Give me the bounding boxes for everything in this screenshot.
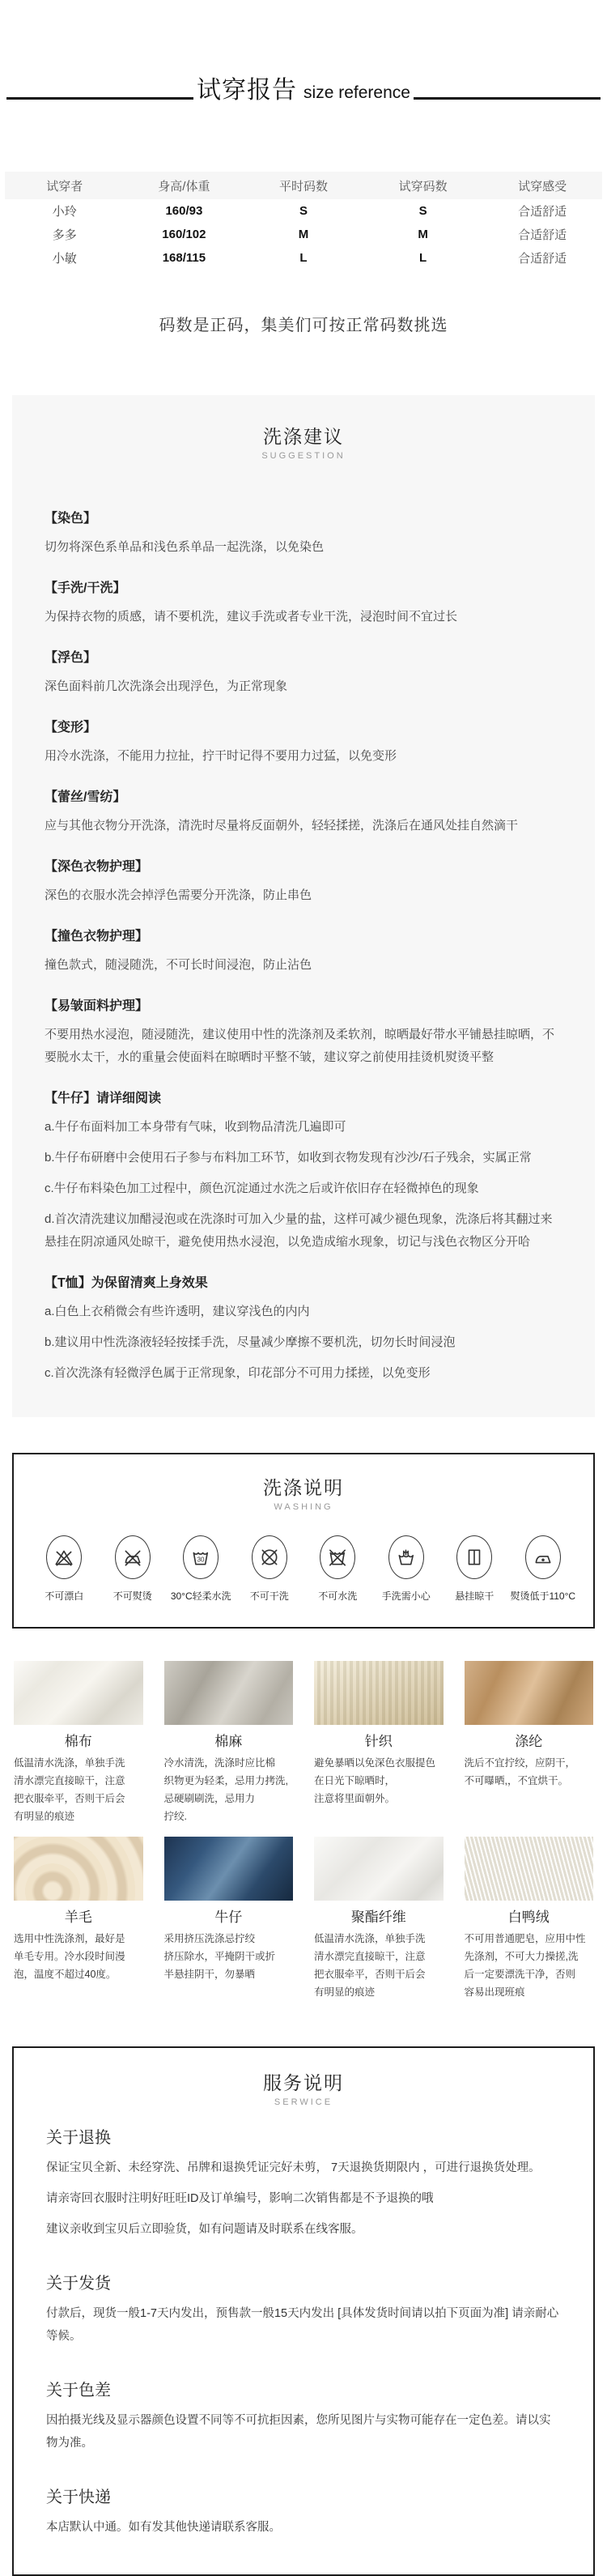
washing-suggestion-box: 洗涤建议 SUGGESTION 【染色】 切勿将深色系单品和浅色系单品一起洗涤，… [12,395,595,1417]
svg-text:30: 30 [197,1556,206,1563]
service-box: 服务说明 SERWICE 关于退换 保证宝贝全新、未经穿洗、吊牌和退换凭证完好未… [12,2046,595,2576]
fabric-care-line: 不可曝晒,，不宜烘干。 [465,1772,594,1790]
washing-symbol-label: 不可熨烫 [113,1589,152,1603]
care-section-text: 撞色款式，随浸随洗，不可长时间浸泡，防止沾色 [45,954,562,977]
washing-symbol-label: 不可干洗 [250,1589,289,1603]
fit-feeling: 合适舒适 [482,249,602,266]
washing-symbol: 手洗需小心 [372,1535,441,1603]
no-iron-icon [115,1535,151,1579]
fabric-care-line: 有明显的痕迹 [314,1983,444,2001]
usual-size: M [244,228,363,241]
care-section-denim: 【牛仔】请详细阅读 a.牛仔布面料加工本身带有气味，收到物品清洗几遍即可 b.牛… [45,1090,562,1254]
fabric-care-grid: 棉布 低温清水洗涤，单独手洗 清水漂完直接晾干，注意 把衣服牵平，否则干后会 有… [14,1661,593,2001]
fabric-care-line: 先涤剂，不可大力操搓,洗 [465,1948,594,1965]
fabric-care-line: 洗后不宜拧绞，应阴干， [465,1754,594,1772]
service-section-shipping: 关于发货 付款后，现货一般1-7天内发出，预售款一般15天内发出 [具体发货时间… [46,2273,561,2348]
care-section-head: 【浮色】 [45,649,562,667]
care-section-text: 不要用热水浸泡，随浸随洗，建议使用中性的洗涤剂及柔软剂，晾晒最好带水平铺悬挂晾晒… [45,1024,562,1069]
fabric-care-line: 容易出现班痕 [465,1983,594,2001]
care-section-head: 【T恤】为保留清爽上身效果 [45,1275,562,1292]
care-section-handwash: 【手洗/干洗】 为保持衣物的质感，请不要机洗，建议手洗或者专业干洗，浸泡时间不宜… [45,580,562,628]
usual-size: S [244,204,363,218]
washing-symbol: 不可熨烫 [99,1535,168,1603]
fit-feeling: 合适舒适 [482,226,602,243]
poly-fiber-fabric-image [314,1837,444,1901]
service-section-text: 因拍摄光线及显示器颜色设置不同等不可抗拒因素，您所见图片与实物可能存在一定色差。… [46,2409,561,2455]
polyester-fabric-image [465,1661,594,1725]
fabric-card-poly-fiber: 聚酯纤维 低温清水洗涤，单独手洗 清水漂完直接晾干，注意 把衣服牵平，否则干后会… [314,1837,444,2001]
fabric-care-line: 泡，温度不超过40度。 [14,1965,143,1983]
fabric-care-line: 单毛专用。冷水段时间漫 [14,1948,143,1965]
table-row: 小玲 160/93 S S 合适舒适 [5,199,602,223]
care-section-text: 为保持衣物的质感，请不要机洗，建议手洗或者专业干洗，浸泡时间不宜过长 [45,606,562,628]
cotton-linen-fabric-image [164,1661,294,1725]
fabric-name: 聚酯纤维 [314,1909,444,1927]
page-title-en: size reference [303,83,410,103]
suggestion-subtitle: SUGGESTION [45,451,562,462]
fabric-card-cotton: 棉布 低温清水洗涤，单独手洗 清水漂完直接晾干，注意 把衣服牵平，否则干后会 有… [14,1661,143,1825]
care-section-floating-color: 【浮色】 深色面料前几次洗涤会出现浮色，为正常现象 [45,649,562,698]
care-section-text: d.首次清洗建议加醋浸泡或在洗涤时可加入少量的盐，这样可减少褪色现象，洗涤后将其… [45,1208,562,1254]
washing-symbols-box: 洗涤说明 WASHING 不可漂白 不可熨烫 [12,1453,595,1629]
suggestion-title: 洗涤建议 [45,424,562,449]
care-section-head: 【蕾丝/雪纺】 [45,789,562,807]
fabric-care-line: 低温清水洗涤，单独手洗 [14,1754,143,1772]
product-detail-page: 试穿报告 size reference 试穿者 身高/体重 平时码数 试穿码数 … [0,0,607,2576]
washing-symbol: 熨烫低于110°C [509,1535,578,1603]
care-section-text: 深色的衣服水洗会掉浮色需要分开洗涤，防止串色 [45,884,562,907]
fabric-care-line: 织物更为轻柔，忌用力拷洗, [164,1772,294,1790]
iron-low-icon [525,1535,561,1579]
fabric-care-line: 选用中性洗涤剂，最好是 [14,1930,143,1948]
fabric-care-text: 冷水清洗，洗涤时应比棉 织物更为轻柔，忌用力拷洗, 忌硬刷刷洗，忌用力 拧绞. [164,1754,294,1825]
wearer-name: 多多 [5,226,125,243]
washing-symbol: 不可漂白 [30,1535,99,1603]
fabric-care-line: 不可用普通肥皂，应用中性 [465,1930,594,1948]
fabric-care-line: 半悬挂阴干，勿暴晒 [164,1965,294,1983]
fabric-care-text: 低温清水洗涤，单独手洗 清水漂完直接晾干，注意 把衣服牵平，否则干后会 有明显的… [314,1930,444,2001]
service-section-head: 关于快递 [46,2487,561,2508]
cotton-fabric-image [14,1661,143,1725]
hang-dry-icon [456,1535,492,1579]
height-weight: 168/115 [125,251,244,265]
service-section-text: 建议亲收到宝贝后立即验货，如有问题请及时联系在线客服。 [46,2218,561,2241]
height-weight: 160/102 [125,228,244,241]
washing-symbol: 30 30°C轻柔水洗 [167,1535,236,1603]
column-header: 身高/体重 [125,177,244,194]
fabric-name: 羊毛 [14,1909,143,1927]
washing-symbol-label: 悬挂晾干 [455,1589,494,1603]
care-section-head: 【撞色衣物护理】 [45,928,562,946]
care-section-head: 【变形】 [45,719,562,737]
fabric-care-line: 把衣服牵平，否则干后会 [314,1965,444,1983]
fabric-care-line: 避免暴晒以免深色衣服提色 [314,1754,444,1772]
size-table-header: 试穿者 身高/体重 平时码数 试穿码数 试穿感受 [5,172,602,199]
care-section-text: a.牛仔布面料加工本身带有气味，收到物品清洗几遍即可 [45,1116,562,1139]
fabric-care-line: 低温清水洗涤，单独手洗 [314,1930,444,1948]
care-section-head: 【易皱面料护理】 [45,998,562,1015]
washing-symbol: 不可水洗 [303,1535,372,1603]
height-weight: 160/93 [125,204,244,218]
size-report-header: 试穿报告 size reference [0,70,607,105]
fabric-name: 涤纶 [465,1733,594,1751]
washing-symbol-label: 手洗需小心 [382,1589,431,1603]
service-title: 服务说明 [46,2071,561,2095]
white-duck-down-image [465,1837,594,1901]
wearer-name: 小敏 [5,249,125,266]
service-section-returns: 关于退换 保证宝贝全新、未经穿洗、吊牌和退换凭证完好未剪， 7天退换货期限内 ，… [46,2127,561,2241]
service-section-text: 保证宝贝全新、未经穿洗、吊牌和退换凭证完好未剪， 7天退换货期限内 ，可进行退换… [46,2157,561,2179]
service-section-courier: 关于快递 本店默认中通。如有发其他快递请联系客服。 [46,2487,561,2539]
washing-subtitle: WASHING [14,1502,593,1513]
fabric-card-polyester: 涤纶 洗后不宜拧绞，应阴干， 不可曝晒,，不宜烘干。 [465,1661,594,1825]
column-header: 试穿者 [5,177,125,194]
tried-size: M [363,228,483,241]
fabric-care-line: 冷水清洗，洗涤时应比棉 [164,1754,294,1772]
wash-30-icon: 30 [183,1535,219,1579]
service-subtitle: SERWICE [46,2097,561,2108]
fabric-care-text: 洗后不宜拧绞，应阴干， 不可曝晒,，不宜烘干。 [465,1754,594,1790]
column-header: 试穿感受 [482,177,602,194]
fit-feeling: 合适舒适 [482,202,602,219]
fabric-name: 白鸭绒 [465,1909,594,1927]
service-section-head: 关于退换 [46,2127,561,2148]
tried-size: L [363,251,483,265]
care-section-text: 切勿将深色系单品和浅色系单品一起洗涤，以免染色 [45,536,562,559]
service-section-text: 本店默认中通。如有发其他快递请联系客服。 [46,2516,561,2539]
care-section-tshirt: 【T恤】为保留清爽上身效果 a.白色上衣稍微会有些许透明，建议穿浅色的内内 b.… [45,1275,562,1385]
size-note: 码数是正码，集美们可按正常码数挑选 [0,312,607,335]
service-section-text: 请亲寄回衣服时注明好旺旺ID及订单编号，影响二次销售都是不予退换的哦 [46,2187,561,2210]
care-section-head: 【染色】 [45,510,562,528]
care-section-text: c.首次洗涤有轻微浮色属于正常现象，印花部分不可用力揉搓，以免变形 [45,1362,562,1385]
care-section-text: 用冷水洗涤，不能用力拉扯，拧干时记得不要用力过猛，以免变形 [45,745,562,768]
care-section-text: 应与其他衣物分开洗涤，清洗时尽量将反面朝外，轻轻揉搓，洗涤后在通风处挂自然滴干 [45,815,562,837]
fabric-care-line: 后一定要漂洗干净，否则 [465,1965,594,1983]
fabric-name: 牛仔 [164,1909,294,1927]
service-section-color-difference: 关于色差 因拍摄光线及显示器颜色设置不同等不可抗拒因素，您所见图片与实物可能存在… [46,2380,561,2455]
header-rule-left [6,97,193,100]
fabric-card-wool: 羊毛 选用中性洗涤剂，最好是 单毛专用。冷水段时间漫 泡，温度不超过40度。 [14,1837,143,2001]
size-table: 试穿者 身高/体重 平时码数 试穿码数 试穿感受 小玲 160/93 S S 合… [5,172,602,270]
care-section-contrast-color: 【撞色衣物护理】 撞色款式，随浸随洗，不可长时间浸泡，防止沾色 [45,928,562,977]
service-section-head: 关于色差 [46,2380,561,2401]
fabric-care-line: 清水漂完直接晾干，注意 [314,1948,444,1965]
fabric-care-text: 采用挤压洗涤忌拧绞 挤压除水，平掩阴干或折 半悬挂阴干，勿暴晒 [164,1930,294,1983]
no-bleach-icon [46,1535,82,1579]
washing-icons-row: 不可漂白 不可熨烫 30 30°C轻柔水洗 [14,1535,593,1603]
care-section-text: b.牛仔布研磨中会使用石子参与布料加工环节，如收到衣物发现有沙沙/石子残余，实属… [45,1147,562,1169]
fabric-care-line: 忌硬刷刷洗，忌用力 [164,1790,294,1807]
care-section-text: c.牛仔布料染色加工过程中，颜色沉淀通过水洗之后或许依旧存在轻微掉色的现象 [45,1177,562,1200]
care-section-text: b.建议用中性洗涤液轻轻按揉手洗，尽量减少摩擦不要机洗，切勿长时间浸泡 [45,1331,562,1354]
care-section-text: 深色面料前几次洗涤会出现浮色，为正常现象 [45,675,562,698]
page-title: 试穿报告 size reference [193,70,414,105]
no-wash-icon [320,1535,355,1579]
denim-fabric-image [164,1837,294,1901]
fabric-care-text: 不可用普通肥皂，应用中性 先涤剂，不可大力操搓,洗 后一定要漂洗干净，否则 容易… [465,1930,594,2001]
washing-symbol-label: 不可漂白 [45,1589,83,1603]
care-section-dyeing: 【染色】 切勿将深色系单品和浅色系单品一起洗涤，以免染色 [45,510,562,559]
care-section-dark-clothes: 【深色衣物护理】 深色的衣服水洗会掉浮色需要分开洗涤，防止串色 [45,858,562,907]
table-row: 小敏 168/115 L L 合适舒适 [5,246,602,270]
fabric-care-line: 清水漂完直接晾干，注意 [14,1772,143,1790]
handwash-icon [388,1535,424,1579]
fabric-care-line: 有明显的痕迹 [14,1807,143,1825]
fabric-card-denim: 牛仔 采用挤压洗涤忌拧绞 挤压除水，平掩阴干或折 半悬挂阴干，勿暴晒 [164,1837,294,2001]
washing-symbol-label: 不可水洗 [318,1589,357,1603]
column-header: 平时码数 [244,177,363,194]
care-section-text: a.白色上衣稍微会有些许透明，建议穿浅色的内内 [45,1301,562,1323]
care-section-lace: 【蕾丝/雪纺】 应与其他衣物分开洗涤，清洗时尽量将反面朝外，轻轻揉搓，洗涤后在通… [45,789,562,837]
fabric-care-line: 注意将里面朝外。 [314,1790,444,1807]
fabric-care-line: 采用挤压洗涤忌拧绞 [164,1930,294,1948]
service-section-head: 关于发货 [46,2273,561,2294]
fabric-card-cotton-linen: 棉麻 冷水清洗，洗涤时应比棉 织物更为轻柔，忌用力拷洗, 忌硬刷刷洗，忌用力 拧… [164,1661,294,1825]
wool-fabric-image [14,1837,143,1901]
no-dryclean-icon [252,1535,287,1579]
fabric-care-text: 选用中性洗涤剂，最好是 单毛专用。冷水段时间漫 泡，温度不超过40度。 [14,1930,143,1983]
washing-symbol: 悬挂晾干 [440,1535,509,1603]
usual-size: L [244,251,363,265]
fabric-care-line: 把衣服牵平，否则干后会 [14,1790,143,1807]
service-section-text: 付款后，现货一般1-7天内发出，预售款一般15天内发出 [具体发货时间请以拍下页… [46,2302,561,2348]
fabric-name: 棉麻 [164,1733,294,1751]
fabric-name: 针织 [314,1733,444,1751]
care-section-deform: 【变形】 用冷水洗涤，不能用力拉扯，拧干时记得不要用力过猛，以免变形 [45,719,562,768]
fabric-care-text: 避免暴晒以免深色衣服提色 在日光下晾晒时， 注意将里面朝外。 [314,1754,444,1807]
fabric-card-down: 白鸭绒 不可用普通肥皂，应用中性 先涤剂，不可大力操搓,洗 后一定要漂洗干净，否… [465,1837,594,2001]
page-title-zh: 试穿报告 [197,70,297,105]
tried-size: S [363,204,483,218]
care-section-head: 【牛仔】请详细阅读 [45,1090,562,1108]
fabric-care-line: 挤压除水，平掩阴干或折 [164,1948,294,1965]
washing-symbol: 不可干洗 [236,1535,304,1603]
fabric-card-knit: 针织 避免暴晒以免深色衣服提色 在日光下晾晒时， 注意将里面朝外。 [314,1661,444,1825]
fabric-care-line: 拧绞. [164,1807,294,1825]
knit-fabric-image [314,1661,444,1725]
column-header: 试穿码数 [363,177,483,194]
care-section-wrinkle: 【易皱面料护理】 不要用热水浸泡，随浸随洗，建议使用中性的洗涤剂及柔软剂，晾晒最… [45,998,562,1069]
fabric-care-line: 在日光下晾晒时， [314,1772,444,1790]
washing-title: 洗涤说明 [14,1475,593,1500]
table-row: 多多 160/102 M M 合适舒适 [5,223,602,246]
washing-symbol-label: 熨烫低于110°C [510,1589,575,1603]
header-rule-right [414,97,601,100]
washing-symbol-label: 30°C轻柔水洗 [171,1589,231,1603]
fabric-name: 棉布 [14,1733,143,1751]
wearer-name: 小玲 [5,202,125,219]
care-section-head: 【深色衣物护理】 [45,858,562,876]
care-section-head: 【手洗/干洗】 [45,580,562,598]
fabric-care-text: 低温清水洗涤，单独手洗 清水漂完直接晾干，注意 把衣服牵平，否则干后会 有明显的… [14,1754,143,1825]
